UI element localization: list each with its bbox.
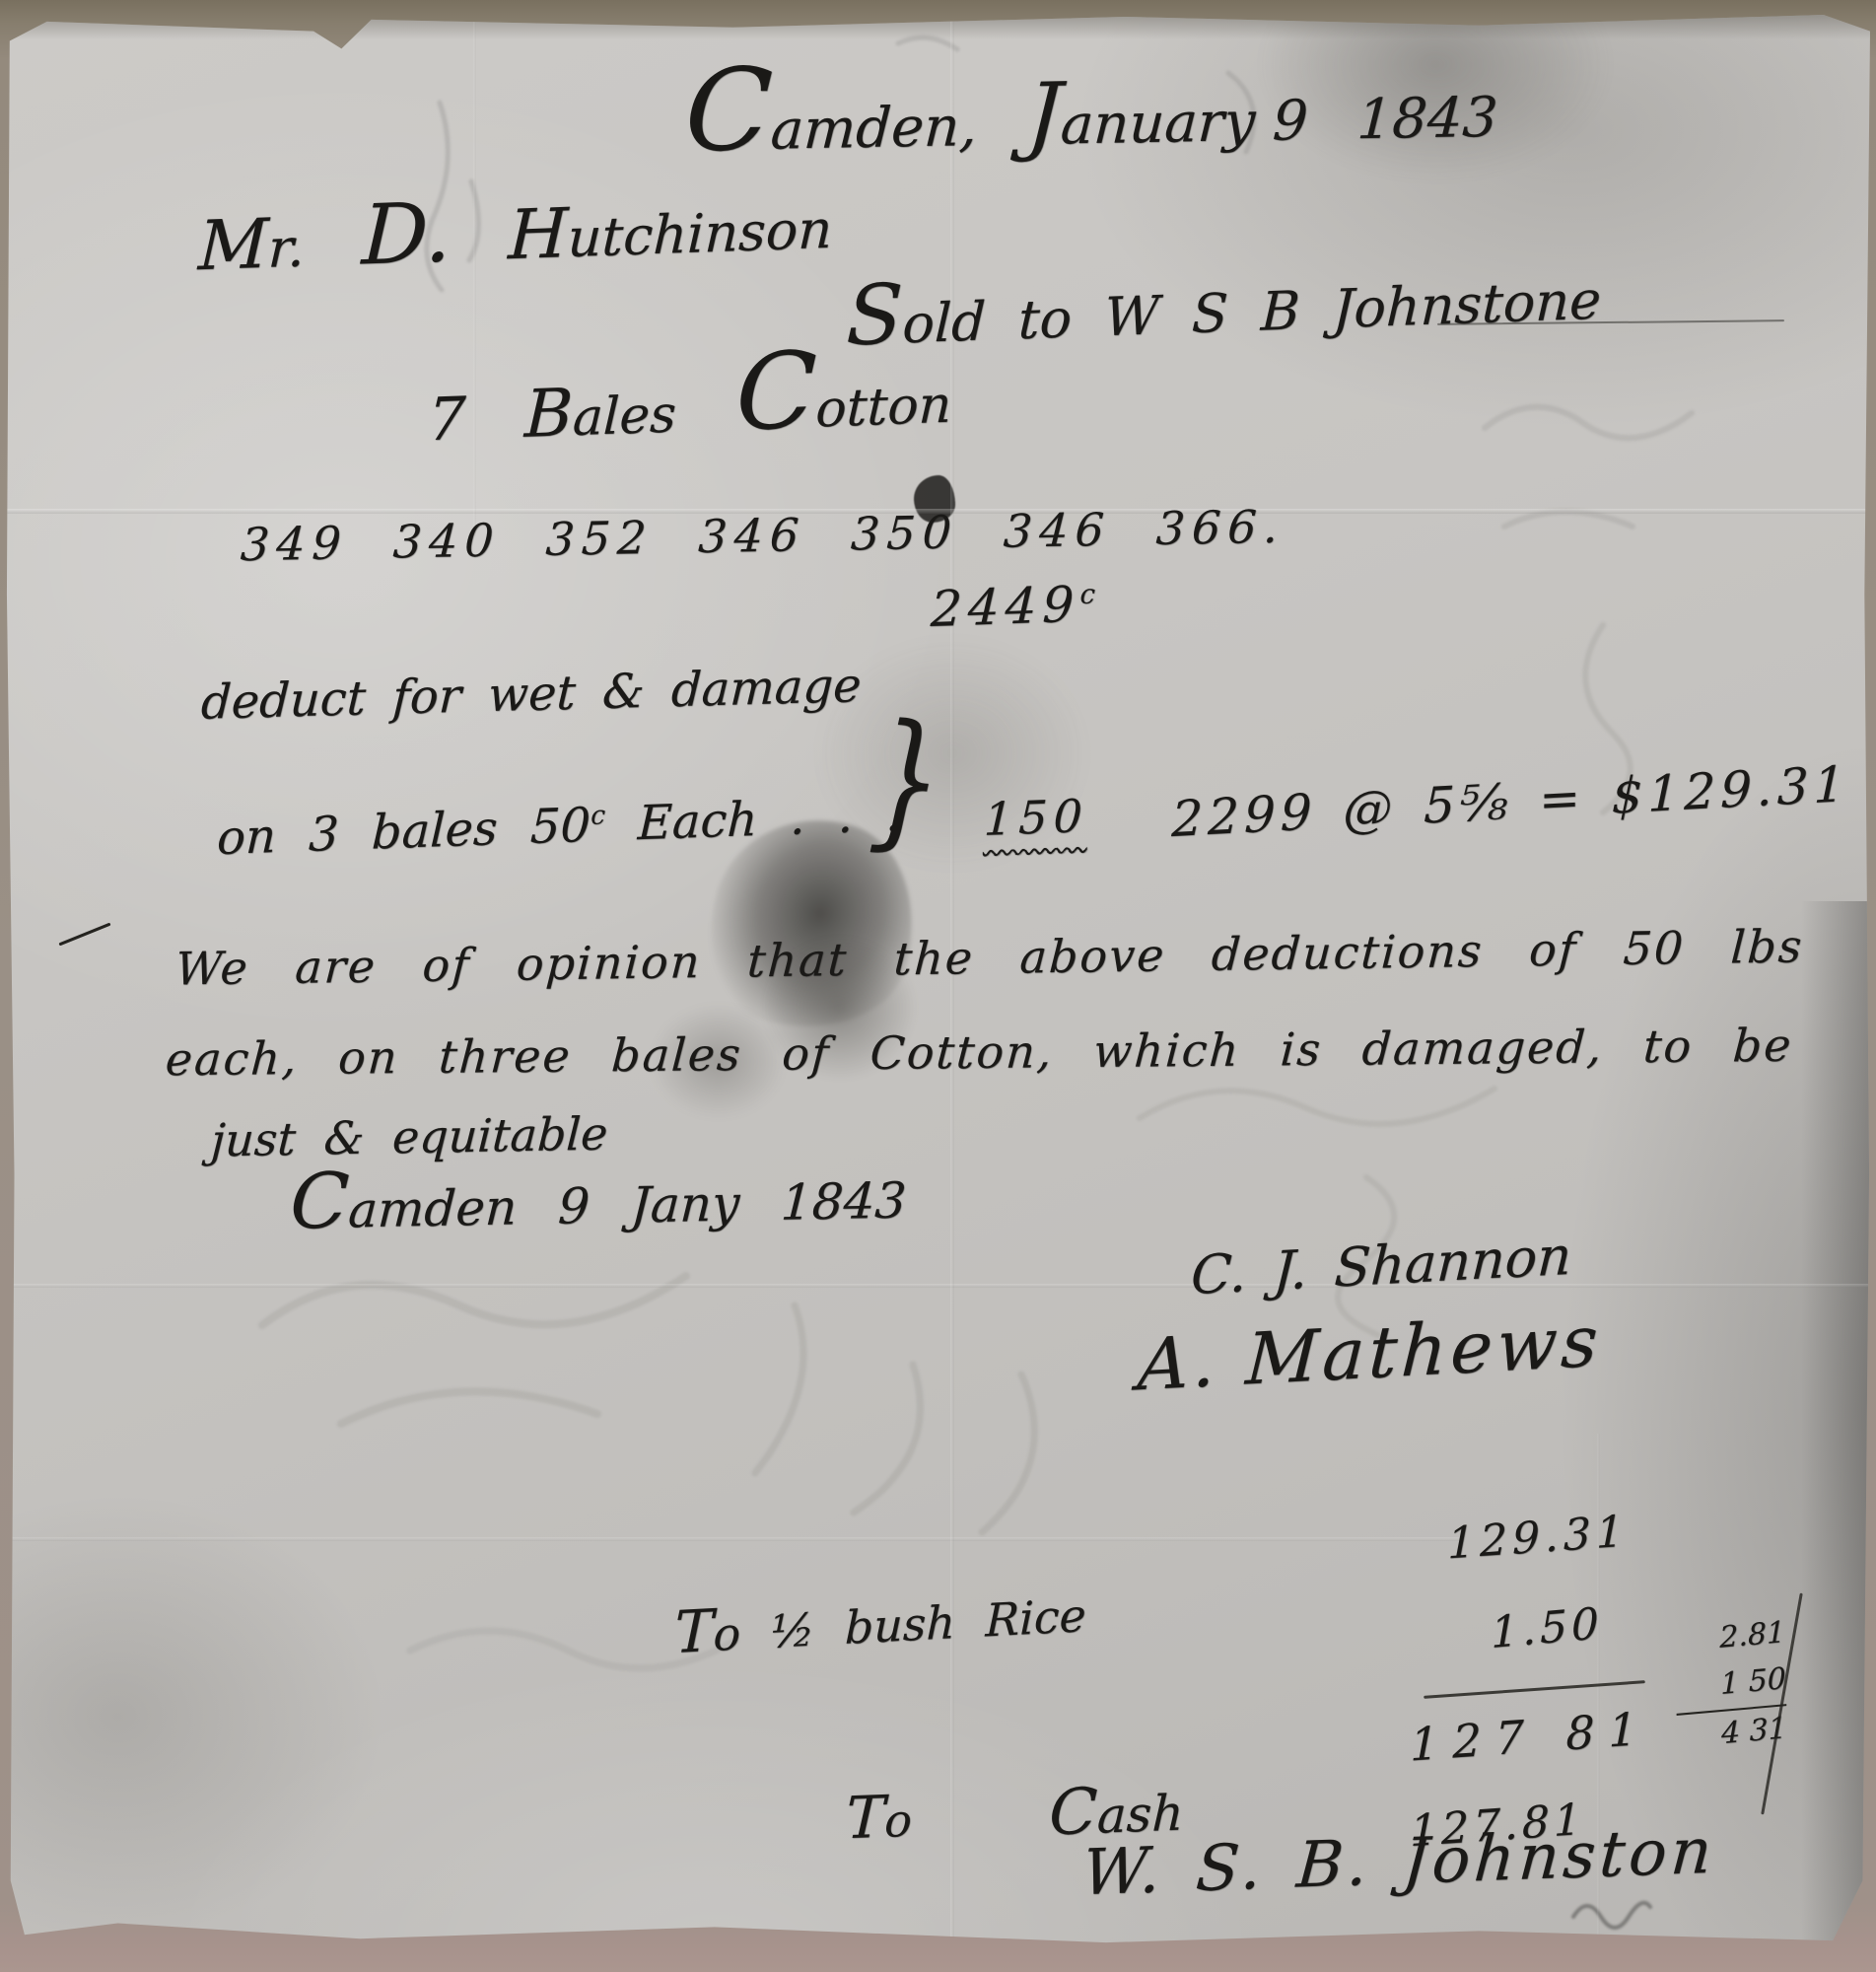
bale-weight: 350: [850, 506, 960, 561]
bale-weight: 346: [1003, 503, 1113, 558]
bale-weight: 346: [697, 508, 807, 563]
addressee-initial: D.: [361, 211, 452, 276]
curly-brace: }: [866, 692, 948, 869]
date-text: January 9: [1024, 89, 1309, 158]
opinion-date-line: Camden 9 Jany 1843: [289, 1172, 908, 1240]
deduction-amount: 150: [983, 789, 1089, 846]
addressee-surname: Hutchinson: [507, 198, 833, 272]
scanned-document-photo: Camden, January 9 1843 Mr. D. Hutchinson…: [0, 0, 1876, 1972]
rice-entry-amount: 1.50: [1491, 1598, 1603, 1658]
bale-weight: 349: [240, 516, 350, 571]
bale-weight: 352: [544, 511, 655, 566]
scratch-calculation: 2.81 1 50 4 31: [1675, 1610, 1787, 1762]
bale-quantity: 7: [427, 385, 466, 455]
bale-unit: Bales: [523, 385, 677, 449]
cash-entry-to: To: [845, 1794, 913, 1849]
bale-weight: 340: [391, 514, 502, 569]
bale-weight: 366.: [1154, 500, 1285, 555]
opinion-line-3: just & equitable: [210, 1106, 609, 1166]
place-name: Camden,: [682, 95, 979, 164]
addressee-title: Mr.: [197, 216, 306, 282]
total-weight-mark: c: [1079, 578, 1102, 610]
commodity-name: Cotton: [734, 376, 952, 443]
total-weight-value: 2449: [930, 576, 1080, 638]
cents-mark: c: [591, 800, 606, 831]
year-text: 1843: [1355, 86, 1499, 153]
total-weight: 2449c: [930, 575, 1102, 638]
deduction-line-2-tail: Each . . .: [637, 787, 902, 851]
paper-sheet: Camden, January 9 1843 Mr. D. Hutchinson…: [6, 14, 1870, 1948]
